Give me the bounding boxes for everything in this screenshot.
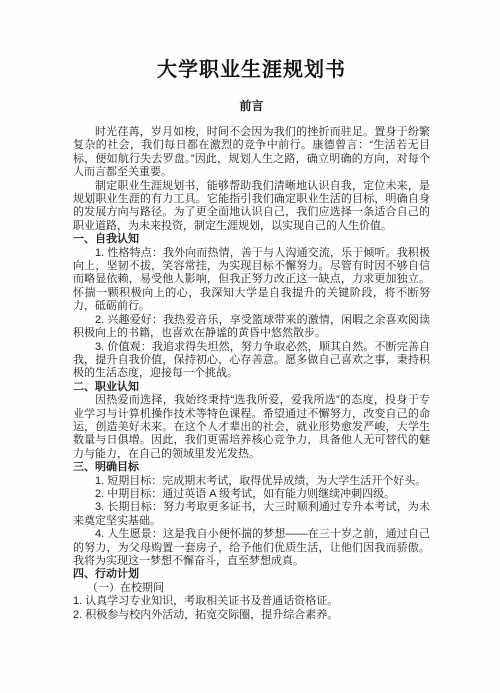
action-plan-subheading-on-campus: （一）在校期间: [73, 582, 430, 595]
section-heading-self-awareness: 一、自我认知: [73, 233, 430, 246]
section-heading-clear-goals: 三、明确目标: [73, 461, 430, 474]
section-heading-career-awareness: 二、职业认知: [73, 381, 430, 394]
goal-mid-term: 2. 中期目标：通过英语 A 级考试，如有能力则继续冲刺四级。: [73, 488, 430, 501]
action-plan-item-2: 2. 积极参与校内外活动，拓宽交际圈，提升综合素养。: [73, 609, 430, 622]
section-heading-action-plan: 四、行动计划: [73, 568, 430, 581]
preface-heading: 前言: [73, 99, 430, 113]
self-awareness-hobbies: 2. 兴趣爱好：我热爱音乐，享受篮球带来的激情，闲暇之余喜欢阅读积极向上的书籍，…: [73, 314, 430, 341]
preface-paragraph-1: 时光荏苒，岁月如梭，时间不会因为我们的挫折而驻足。置身于纷繁复杂的社会，我们每日…: [73, 126, 430, 180]
document-body: 时光荏苒，岁月如梭，时间不会因为我们的挫折而驻足。置身于纷繁复杂的社会，我们每日…: [73, 126, 430, 622]
document-title: 大学职业生涯规划书: [73, 56, 430, 84]
preface-paragraph-2: 制定职业生涯规划书，能够帮助我们清晰地认识自我，定位未来，是规划职业生涯的有力工…: [73, 180, 430, 234]
career-awareness-paragraph: 因热爱而选择，我始终秉持“选我所爱，爱我所选”的态度，投身于专业学习与计算机操作…: [73, 394, 430, 461]
self-awareness-personality: 1. 性格特点：我外向而热情，善于与人沟通交流，乐于倾听。我积极向上，坚韧不拔，…: [73, 247, 430, 314]
document-page: 大学职业生涯规划书 前言 时光荏苒，岁月如梭，时间不会因为我们的挫折而驻足。置身…: [0, 0, 500, 693]
goal-life-vision: 4. 人生愿景：这是我自小便怀揣的梦想——在三十岁之前，通过自己的努力，为父母购…: [73, 528, 430, 568]
goal-short-term: 1. 短期目标：完成期末考试，取得优异成绩，为大学生活开个好头。: [73, 475, 430, 488]
goal-long-term: 3. 长期目标：努力考取更多证书，大三时顺利通过专升本考试，为未来奠定坚实基础。: [73, 501, 430, 528]
self-awareness-values: 3. 价值观：我追求得失坦然，努力争取必然，顺其自然。不断完善自我，提升自我价值…: [73, 341, 430, 381]
action-plan-item-1: 1. 认真学习专业知识，考取相关证书及普通话资格证。: [73, 595, 430, 608]
